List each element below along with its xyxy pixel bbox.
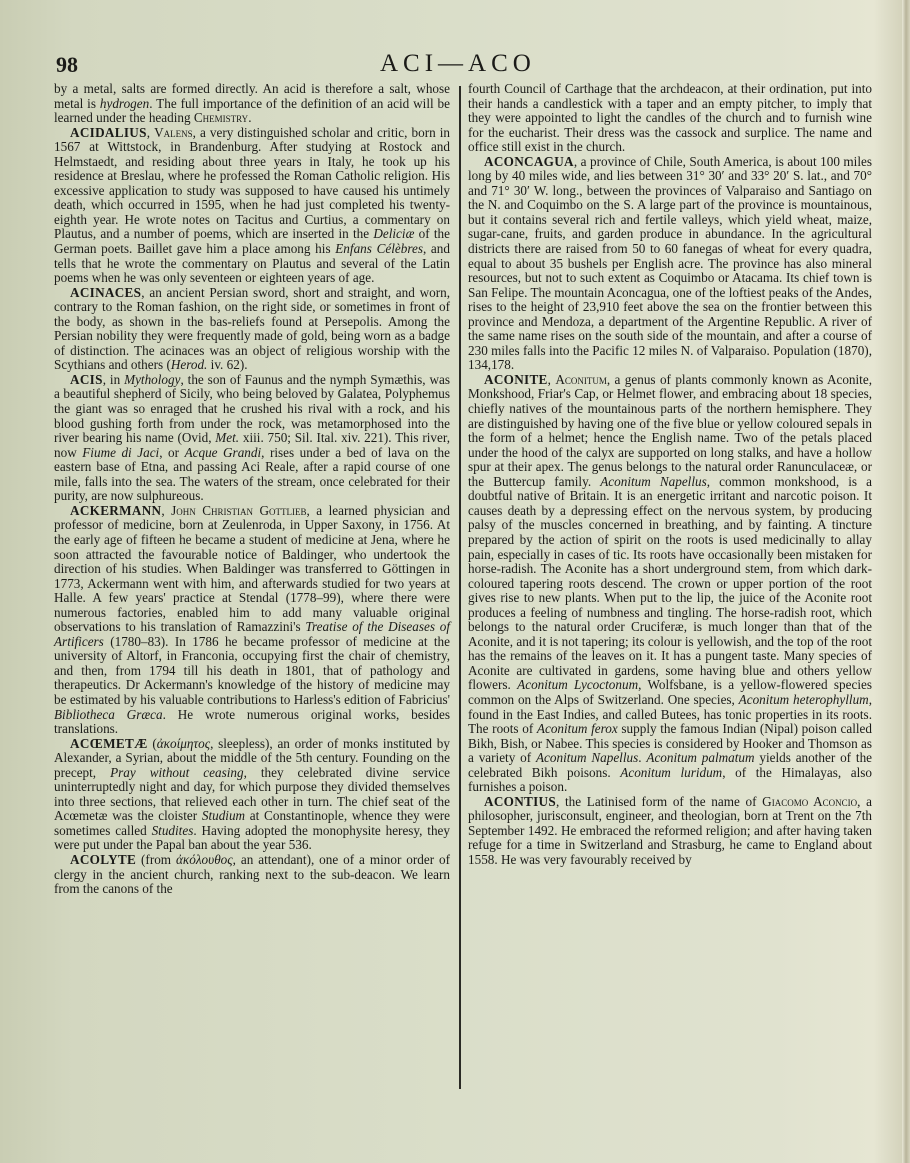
italic-text: Aconitum ferox (537, 721, 618, 736)
entry-headword: ACKERMANN (70, 503, 161, 518)
running-head: ACI—ACO (380, 50, 536, 78)
body-text: , a genus of plants commonly known as Ac… (468, 372, 872, 489)
italic-text: Met. (215, 430, 239, 445)
italic-text: Deliciæ (373, 226, 414, 241)
dictionary-entry: ACIS, in Mythology, the son of Faunus an… (54, 373, 450, 504)
italic-text: Acque Grandi (185, 445, 262, 460)
italic-text: Aconitum Lycoctonum (517, 677, 638, 692)
body-text: , (161, 503, 171, 518)
entry-headword: ACOLYTE (70, 852, 136, 867)
entry-headword: ACIDALIUS (70, 125, 147, 140)
small-caps-text: Valens (154, 125, 193, 140)
body-text: iv. 62). (207, 357, 247, 372)
dictionary-entry: ACŒMETÆ (ἀκοίμητος, sleepless), an order… (54, 737, 450, 853)
small-caps-text: Giacomo Aconcio (762, 794, 857, 809)
column-divider (459, 86, 461, 1089)
dictionary-entry: ACIDALIUS, Valens, a very distinguished … (54, 126, 450, 286)
body-text: (1780–83). In 1786 he became professor o… (54, 634, 450, 707)
dictionary-entry: ACONITE, Aconitum, a genus of plants com… (468, 373, 872, 795)
small-caps-text: Aconitum (555, 372, 607, 387)
entry-headword: ACONCAGUA (484, 154, 574, 169)
small-caps-text: Chemistry (194, 110, 248, 125)
dictionary-entry: ACOLYTE (from ἀκόλουθος, an attendant), … (54, 853, 450, 897)
body-text: , a province of Chile, South America, is… (468, 154, 872, 373)
body-text: fourth Council of Carthage that the arch… (468, 81, 872, 154)
entry-headword: ACONITE (484, 372, 548, 387)
entry-continuation: fourth Council of Carthage that the arch… (468, 82, 872, 155)
italic-text: Studites (152, 823, 194, 838)
entry-headword: ACIS (70, 372, 103, 387)
entry-headword: ACŒMETÆ (70, 736, 148, 751)
italic-text: ἀκοίμητος (157, 736, 210, 751)
entry-headword: ACONTIUS (484, 794, 556, 809)
dictionary-entry: ACINACES, an ancient Persian sword, shor… (54, 286, 450, 373)
body-text: , in (103, 372, 124, 387)
right-column: fourth Council of Carthage that the arch… (468, 82, 872, 868)
body-text: , a learned physician and professor of m… (54, 503, 450, 634)
body-text: , (147, 125, 154, 140)
small-caps-text: John Christian Gottlieb (171, 503, 306, 518)
italic-text: Pray without ceasing (110, 765, 243, 780)
italic-text: Fiume di Jaci (82, 445, 159, 460)
body-text: , or (159, 445, 184, 460)
italic-text: Aconitum Napellus (600, 474, 707, 489)
italic-text: Aconitum Napellus (536, 750, 638, 765)
entry-headword: ACINACES (70, 285, 141, 300)
italic-text: hydrogen (100, 96, 149, 111)
italic-text: Aconitum heterophyllum (739, 692, 869, 707)
italic-text: Mythology (124, 372, 180, 387)
body-text: , a very distinguished scholar and criti… (54, 125, 450, 242)
body-text: , the Latinised form of the name of (556, 794, 762, 809)
page-number: 98 (56, 52, 78, 78)
body-text: . (248, 110, 251, 125)
body-text: (from (136, 852, 176, 867)
page-edge-shadow (902, 0, 910, 1163)
body-text: , common monkshood, is a doubtful native… (468, 474, 872, 693)
italic-text: Bibliotheca Græca (54, 707, 163, 722)
dictionary-entry: ACONCAGUA, a province of Chile, South Am… (468, 155, 872, 373)
italic-text: Herod. (171, 357, 208, 372)
dictionary-entry: ACKERMANN, John Christian Gottlieb, a le… (54, 504, 450, 737)
italic-text: Enfans Célèbres (335, 241, 423, 256)
left-column: by a metal, salts are formed directly. A… (54, 82, 450, 897)
dictionary-entry: ACONTIUS, the Latinised form of the name… (468, 795, 872, 868)
italic-text: Aconitum luridum (620, 765, 722, 780)
italic-text: ἀκόλουθος (176, 852, 233, 867)
italic-text: Aconitum palmatum (646, 750, 754, 765)
body-text: ( (148, 736, 157, 751)
italic-text: Studium (202, 808, 245, 823)
entry-continuation: by a metal, salts are formed directly. A… (54, 82, 450, 126)
